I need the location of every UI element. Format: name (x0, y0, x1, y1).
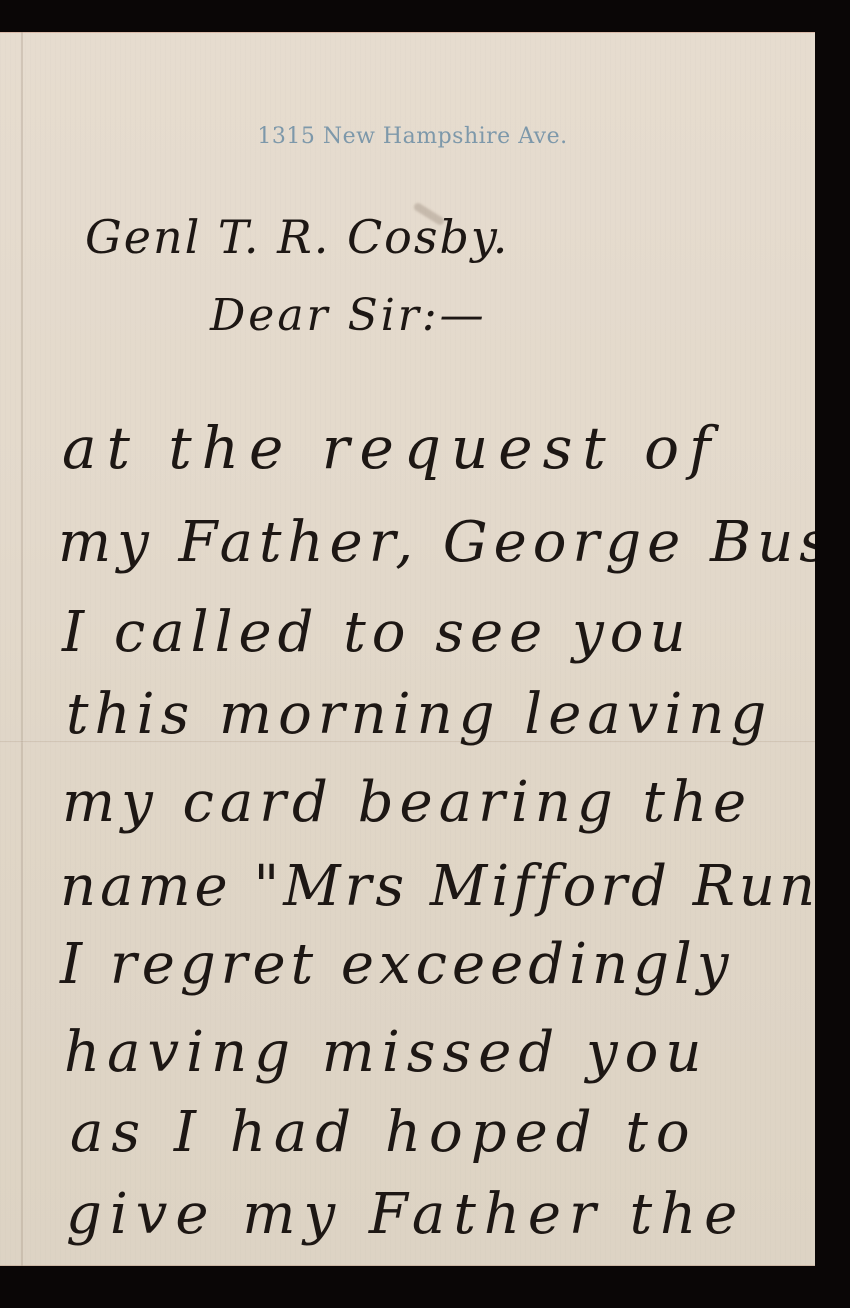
body-line: I called to see you (62, 600, 692, 665)
addressee-line: Genl T. R. Cosby. (85, 210, 509, 264)
body-line: I regret exceedingly (60, 932, 733, 997)
body-line: name "Mrs Mifford Runyon. (60, 854, 815, 919)
body-line: give my Father the (66, 1182, 745, 1247)
body-line: at the request of (62, 414, 721, 482)
letter-page: 1315 New Hampshire Ave. Genl T. R. Cosby… (0, 32, 815, 1266)
body-line: as I had hoped to (70, 1100, 698, 1165)
salutation-line: Dear Sir:— (210, 290, 487, 341)
body-line: having missed you (64, 1020, 708, 1085)
body-line: my Father, George Bush, (58, 510, 815, 575)
handwritten-body: Genl T. R. Cosby. Dear Sir:— at the requ… (0, 32, 815, 1266)
scan-background: 1315 New Hampshire Ave. Genl T. R. Cosby… (0, 0, 850, 1308)
body-line: my card bearing the (62, 770, 752, 835)
body-line: this morning leaving (66, 682, 772, 747)
